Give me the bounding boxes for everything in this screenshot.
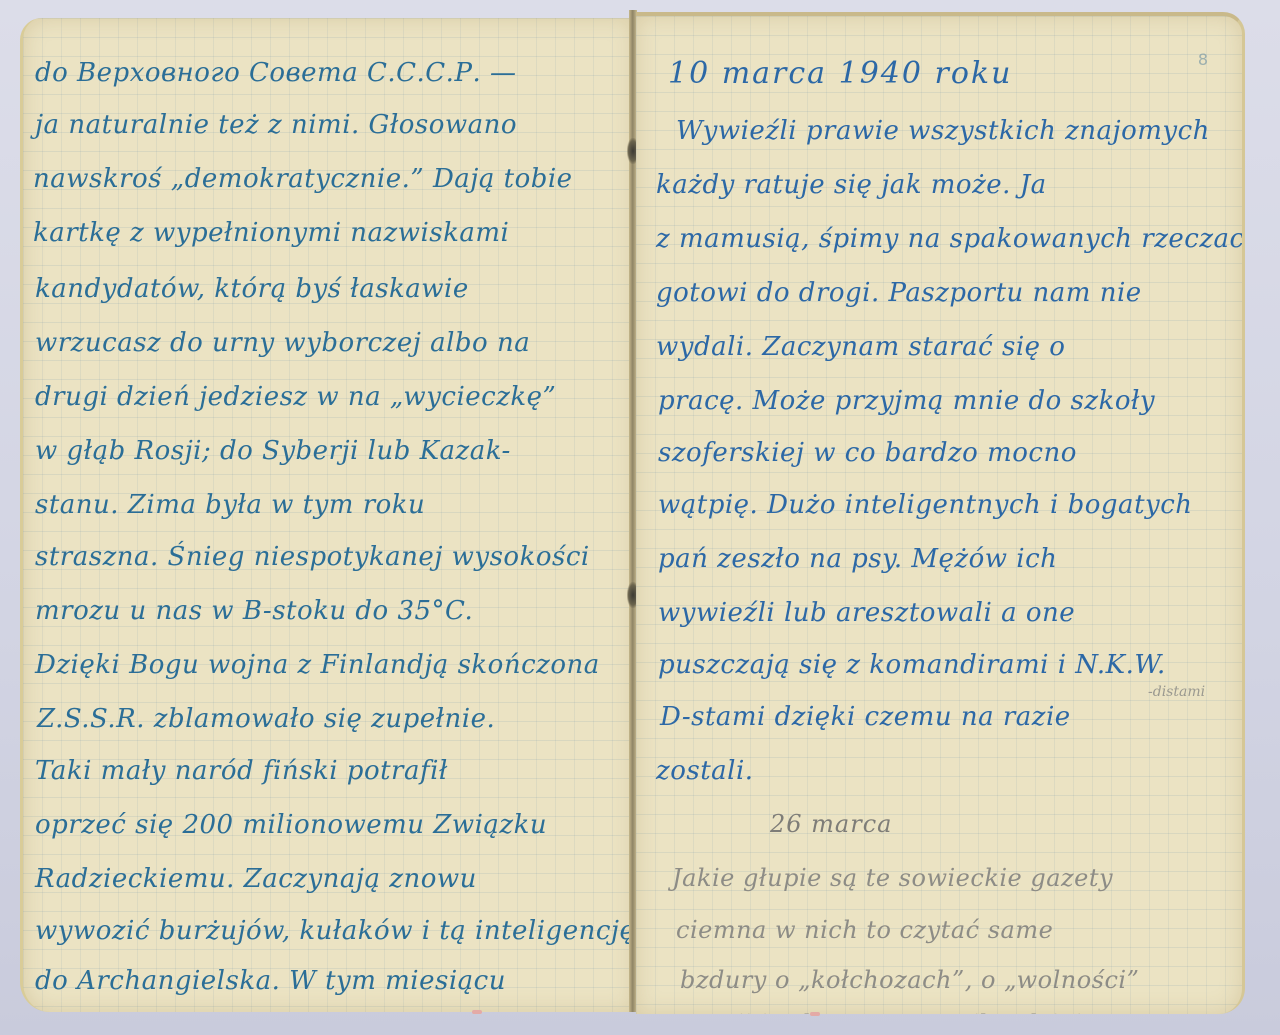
handwritten-line: ja naturalnie też z nimi. Głosowano [35, 110, 517, 140]
entry-date-heading: 10 marca 1940 roku [668, 56, 1012, 91]
handwritten-line: kartkę z wypełnionymi nazwiskami [33, 218, 509, 248]
pencil-line: w Rosji i t.d. To u nas najbardziej [660, 1010, 1081, 1014]
handwritten-line: drugi dzień jedziesz w na „wycieczkę” [35, 382, 556, 412]
handwritten-line: straszna. Śnieg niespotykanej wysokości [35, 542, 590, 572]
entry-date-heading: 26 marca [770, 810, 892, 838]
page-corner-mark: 8 [1198, 50, 1208, 69]
handwritten-line: do Верховного Совета С.С.С.Р. — [35, 58, 516, 88]
handwritten-line: Dzięki Bogu wojna z Finlandją skończona [35, 650, 600, 680]
handwritten-line: wywieźli lub aresztowali a one [658, 598, 1075, 628]
right-page: 8 10 marca 1940 roku Wywieźli prawie wsz… [636, 12, 1245, 1014]
handwritten-line: Taki mały naród fiński potrafił [35, 756, 448, 786]
handwritten-line: Wywieźli prawie wszystkich znajomych [676, 116, 1210, 146]
pencil-line: Jakie głupie są te sowieckie gazety [672, 864, 1113, 892]
handwritten-line: pracę. Może przyjmą mnie do szkoły [658, 386, 1155, 416]
pencil-line: ciemna w nich to czytać same [676, 916, 1053, 944]
handwritten-line: wydali. Zaczynam starać się o [656, 332, 1065, 362]
red-ink-mark [472, 1010, 482, 1014]
handwritten-line: szoferskiej w co bardzo mocno [658, 438, 1077, 468]
handwritten-line: stanu. Zima była w tym roku [35, 490, 425, 520]
pencil-line: bzdury o „kołchozach”, o „wolności” [680, 966, 1139, 994]
handwritten-line: do Archangielska. W tym miesiącu [35, 966, 506, 996]
left-page: do Верховного Совета С.С.С.Р. — ja natur… [20, 18, 633, 1012]
handwritten-line: Z.S.S.R. zblamowało się zupełnie. [37, 704, 495, 734]
handwritten-line: nawskroś „demokratycznie.” Dają tobie [33, 164, 573, 194]
handwritten-line: z mamusią, śpimy na spakowanych rzeczach [656, 224, 1245, 254]
handwritten-line: wywozić burżujów, kułaków i tą inteligen… [35, 916, 633, 946]
handwritten-line: D-stami dzięki czemu na razie [660, 702, 1071, 732]
handwritten-line: mrozu u nas w B-stoku do 35°C. [35, 596, 473, 626]
handwritten-line: Radzieckiemu. Zaczynają znowu [35, 864, 477, 894]
handwritten-line: wrzucasz do urny wyborczej albo na [35, 328, 530, 358]
handwritten-line: wątpię. Dużo inteligentnych i bogatych [658, 490, 1193, 520]
handwritten-line: kandydatów, którą byś łaskawie [35, 274, 469, 304]
open-notebook: do Верховного Совета С.С.С.Р. — ja natur… [20, 10, 1242, 1010]
handwritten-line: gotowi do drogi. Paszportu nam nie [656, 278, 1142, 308]
handwritten-line: zostali. [656, 756, 754, 786]
handwritten-line: każdy ratuje się jak może. Ja [656, 170, 1047, 200]
handwritten-line: oprzeć się 200 milionowemu Związku [35, 810, 547, 840]
handwritten-line: pań zeszło na psy. Mężów ich [658, 544, 1057, 574]
handwritten-line: puszczają się z komandirami i N.K.W. [658, 650, 1166, 680]
margin-correction-note: -distami [1148, 684, 1205, 700]
red-ink-mark [810, 1012, 820, 1016]
handwritten-line: w głąb Rosji; do Syberji lub Kazak- [35, 436, 511, 466]
